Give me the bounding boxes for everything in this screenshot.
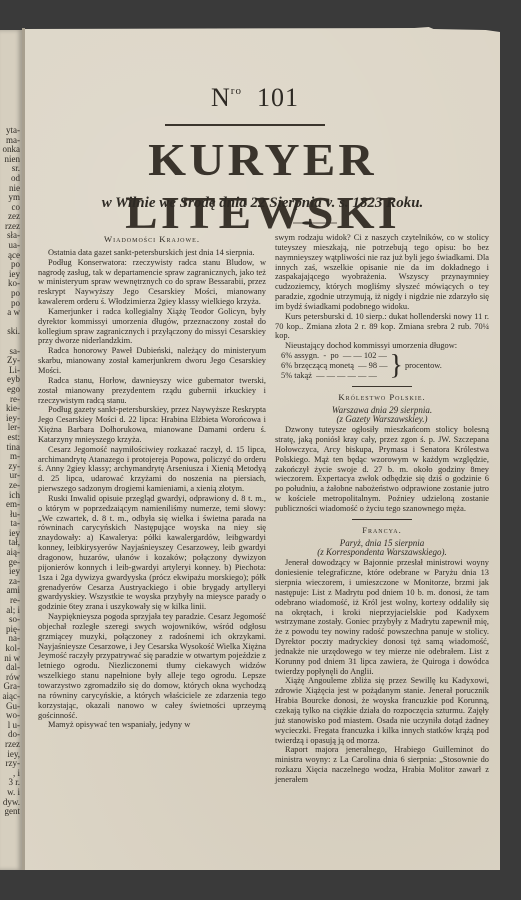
left-paragraphs: Ostatnia data gazet sankt-petersburskich… <box>38 248 266 730</box>
newspaper-page: Nro 101 KURYER LITEWSKI w Wilnie we Srod… <box>25 27 500 870</box>
paragraph: Radca stanu, Horłow, dawnieyszy wice gub… <box>38 376 266 406</box>
newspaper-title: KURYER LITEWSKI <box>11 133 515 239</box>
paragraph: Dzwony tuteysze ogłosiły mieszkańcom sto… <box>275 425 489 514</box>
paragraph: Podług Konserwatora: rzeczywisty radca s… <box>38 258 266 307</box>
paragraph: Jenerał dowodzący w Bajonnie przesłał mi… <box>275 558 489 676</box>
scan-background <box>0 870 521 900</box>
masthead-rule <box>165 124 325 126</box>
page-gutter <box>22 28 25 870</box>
left-column: Wiadomości Krajowe. Ostatnia data gazet … <box>38 233 266 730</box>
commission-intro: Nieustający dochod kommissyi umorzenia d… <box>275 341 489 351</box>
right-sections: Królestwo Polskie.Warszawa dnia 29 sierp… <box>275 393 489 785</box>
article-continuation: swym rodzaju widok? Ci z naszych czyteln… <box>275 233 489 312</box>
commission-rate-table: 6% assygn. - po — — 102 —6% brzęczącą mo… <box>281 351 489 381</box>
commission-row: 6% assygn. - po — — 102 — <box>281 351 388 361</box>
paragraph: Naypięknieysza pogoda sprzyjała tey para… <box>38 612 266 720</box>
paragraph: Ruski Inwalid opisuie przegląd gwardyi, … <box>38 494 266 612</box>
ornament-flourish-icon <box>293 221 337 225</box>
right-column: swym rodzaju widok? Ci z naszych czyteln… <box>275 233 489 785</box>
paragraph: Mamyż opisywać ten wspaniały, jedyny w <box>38 720 266 730</box>
paragraph: Cesarz Jegomość naymiłościwiey rozkazać … <box>38 445 266 494</box>
commission-row: 6% brzęczącą monetą — 98 — <box>281 361 388 371</box>
previous-page-lines: yta-ma-onkaniensr.odnieymcozezrzezsła-ua… <box>0 30 22 817</box>
section-source: (z Korrespondenta Warszawskiego). <box>275 548 489 558</box>
section-heading: Francya. <box>275 526 489 536</box>
issue-number: Nro 101 <box>211 83 299 113</box>
section-divider <box>352 519 412 520</box>
paragraph: Xiążę Angouleme zbliża się przez Sewillę… <box>275 676 489 745</box>
commission-rows: 6% assygn. - po — — 102 —6% brzęczącą mo… <box>281 351 388 381</box>
commission-row: 5% takąż — — — — — — <box>281 371 388 381</box>
commission-suffix: procentow. <box>405 361 442 371</box>
brace-icon: } <box>390 352 403 380</box>
exchange-rates: Kurs petersburski d. 10 sierp.: dukat ho… <box>275 312 489 342</box>
paragraph: Ostatnia data gazet sankt-petersburskich… <box>38 248 266 258</box>
dateline: w Wilnie we Srodę dnia 22 Sierpnia v. s.… <box>25 195 500 212</box>
section-heading-domestic: Wiadomości Krajowe. <box>38 235 266 245</box>
paragraph: Podług gazety sankt-petersburskiey, prze… <box>38 405 266 444</box>
section-source: (z Gazety Warszawskiey.) <box>275 415 489 425</box>
paragraph: Kamerjunker i radca kollegialny Xiążę Te… <box>38 307 266 346</box>
section-divider <box>352 386 412 387</box>
paragraph: Radca honorowy Paweł Dubieński, należący… <box>38 346 266 376</box>
section-heading: Królestwo Polskie. <box>275 393 489 403</box>
previous-page-fragment: yta-ma-onkaniensr.odnieymcozezrzezsła-ua… <box>0 30 22 870</box>
previous-page-line: gent <box>0 807 22 817</box>
paragraph: Raport majora jeneralnego, Hrabiego Guil… <box>275 745 489 784</box>
